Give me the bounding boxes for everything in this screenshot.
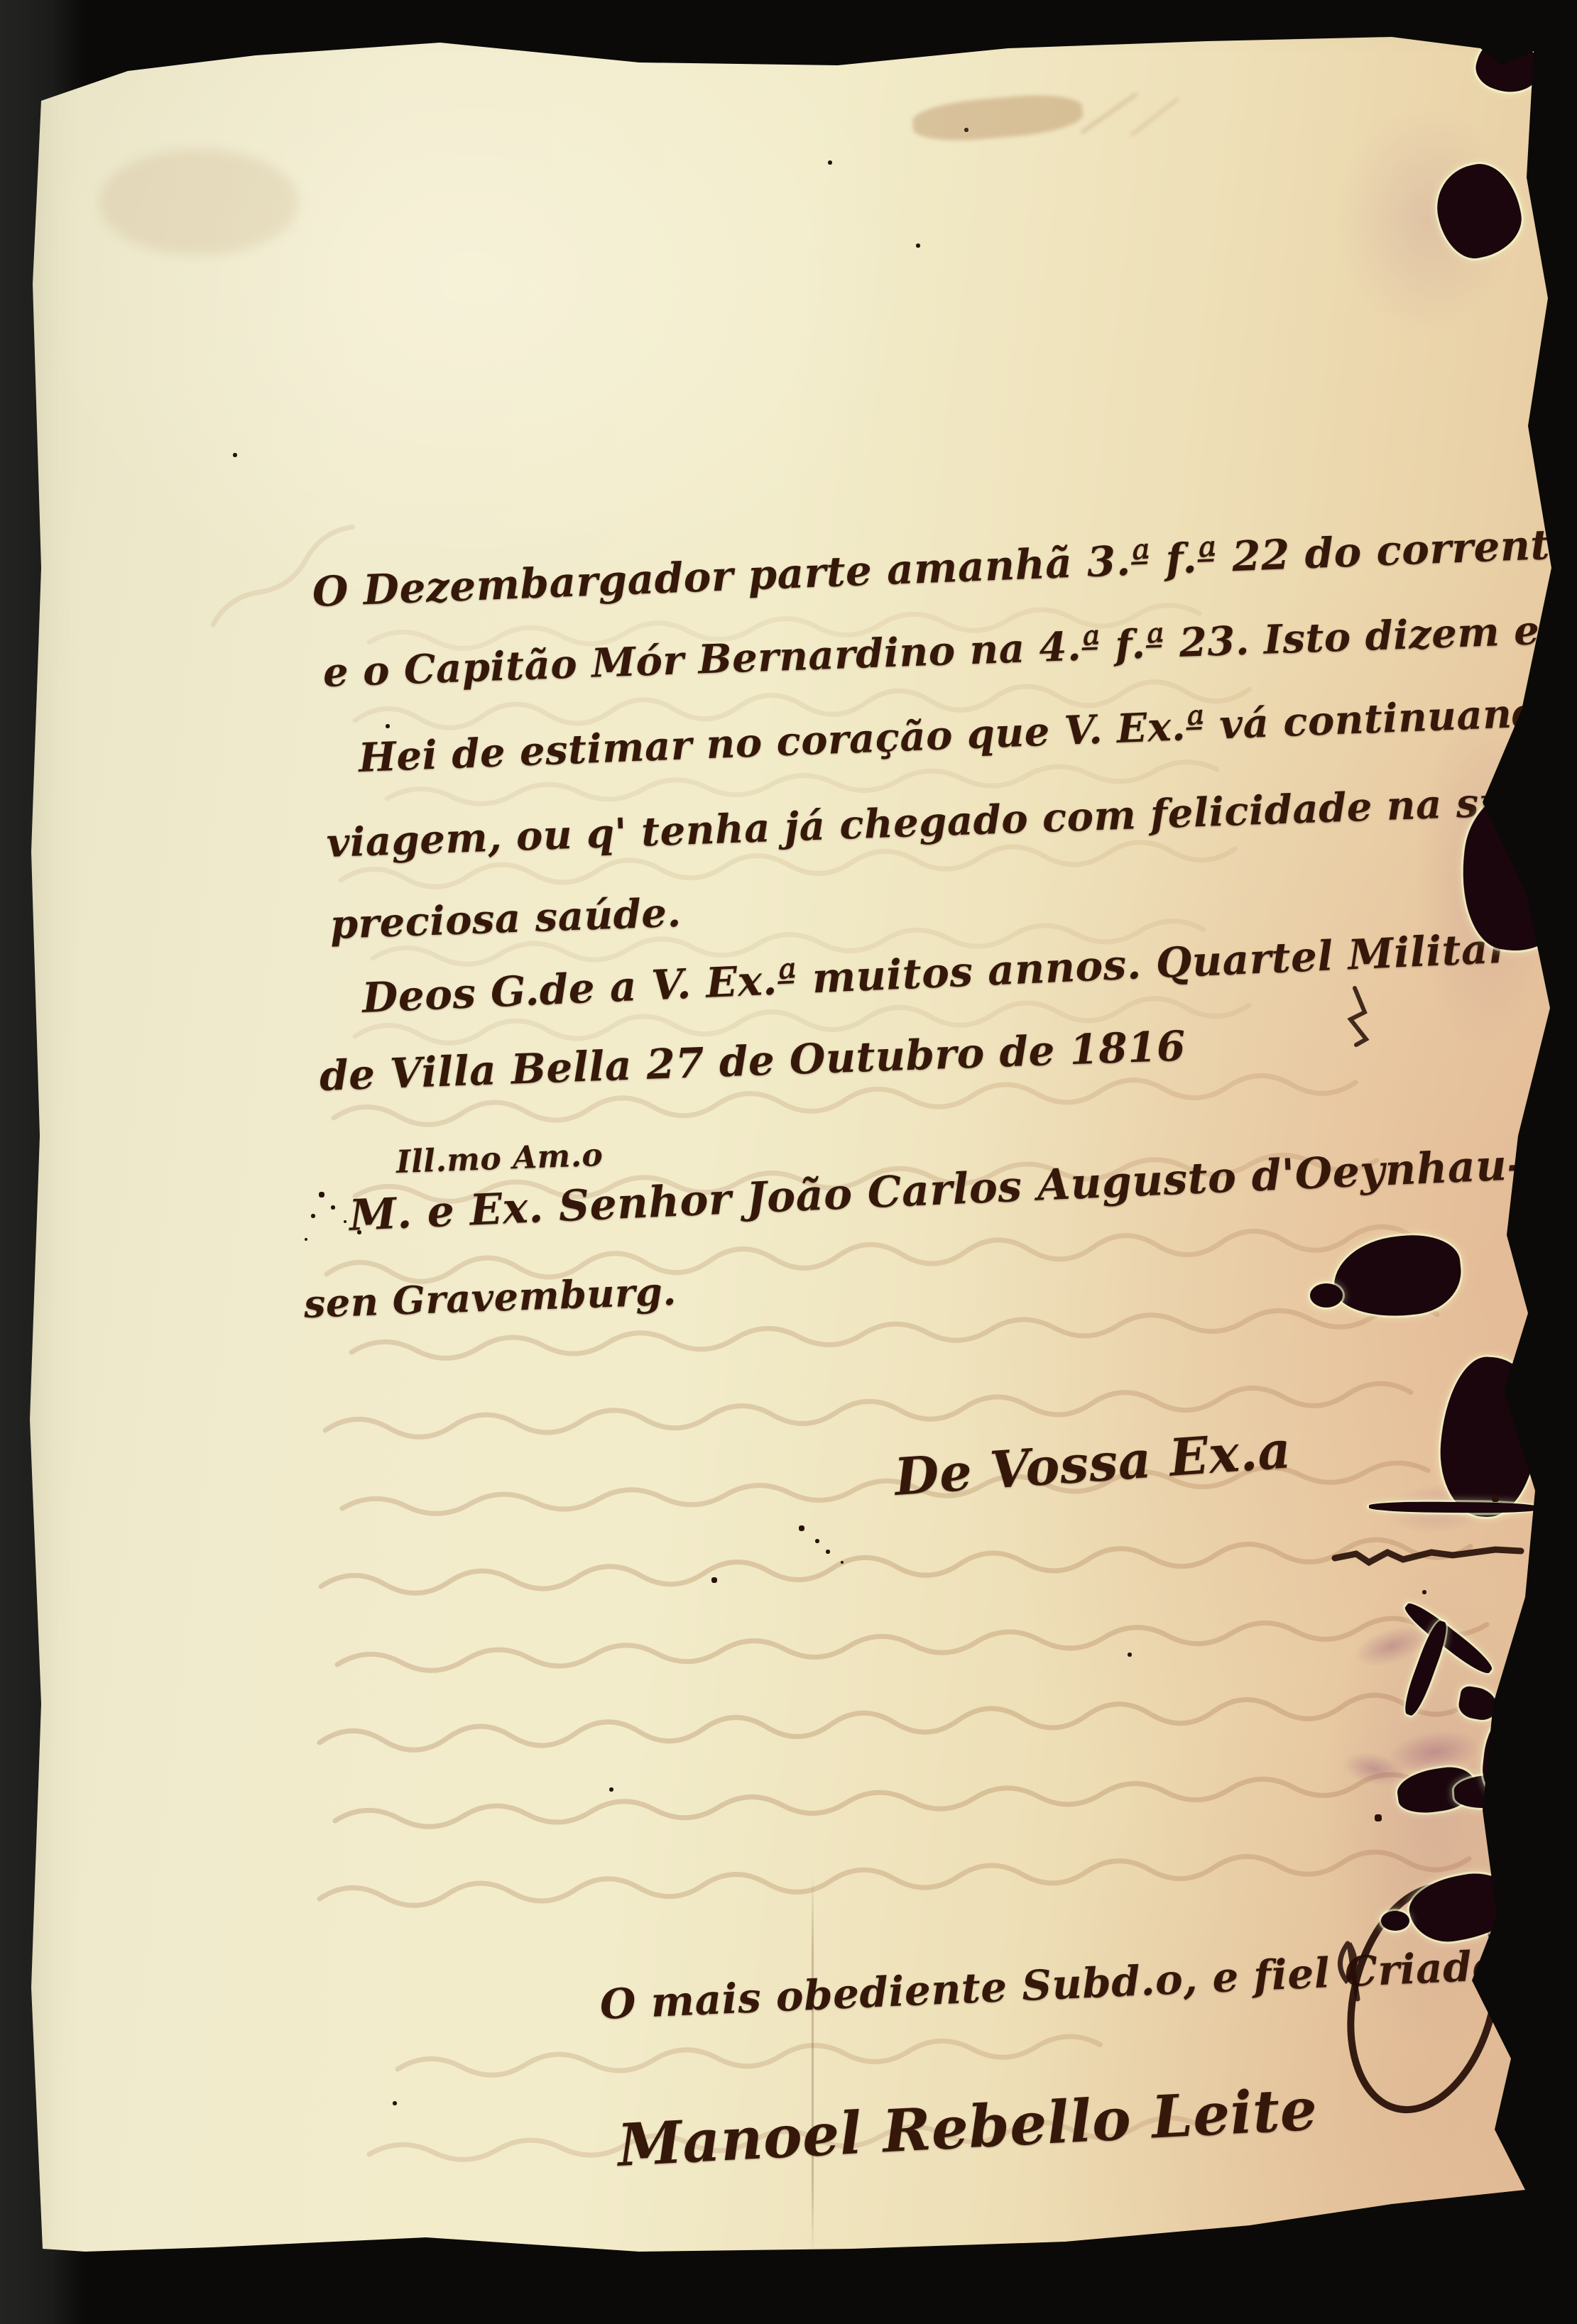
ink-blot bbox=[1478, 1700, 1567, 1814]
corner-cross-mark bbox=[1544, 21, 1556, 35]
pen-loop-mark bbox=[1340, 1944, 1358, 1999]
scratch-mark bbox=[1335, 1550, 1521, 1562]
ink-blot bbox=[1310, 1283, 1343, 1308]
letter-paper: O Dezembargador parte amanhã 3.ª f.ª 22 … bbox=[0, 0, 1577, 2324]
marginal-scribble bbox=[1350, 988, 1366, 1045]
scanned-letter: O Dezembargador parte amanhã 3.ª f.ª 22 … bbox=[0, 0, 1577, 2324]
ink-blot bbox=[1381, 1911, 1409, 1931]
ink-marks-layer bbox=[0, 0, 1577, 2324]
